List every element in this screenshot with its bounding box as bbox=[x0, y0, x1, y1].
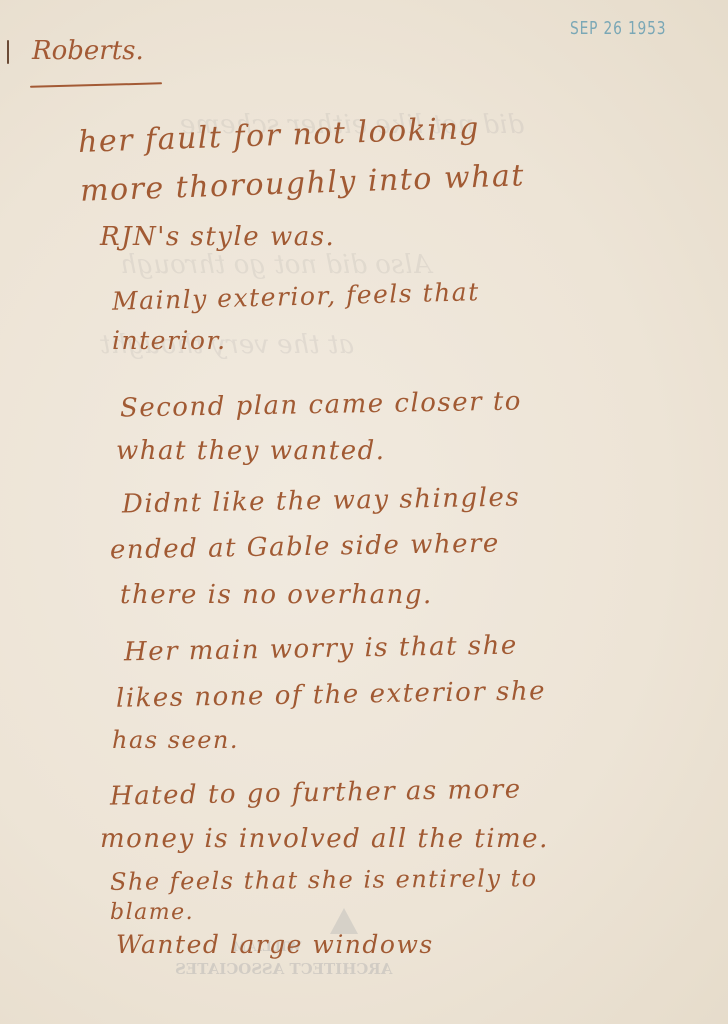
note-line: has seen. bbox=[112, 726, 239, 754]
date-stamp: SEP 26 1953 bbox=[570, 18, 666, 39]
note-line: money is involved all the time. bbox=[100, 824, 549, 854]
show-through-text: Also did not go through bbox=[120, 250, 431, 280]
note-line: Hated to go further as more bbox=[110, 774, 522, 811]
note-line: Didnt like the way shingles bbox=[122, 483, 521, 520]
note-heading: Roberts. bbox=[32, 36, 144, 66]
note-line: Second plan came closer to bbox=[120, 386, 522, 423]
note-line: ended at Gable side where bbox=[110, 529, 500, 566]
note-line: Her main worry is that she bbox=[124, 631, 518, 668]
margin-mark bbox=[7, 40, 9, 64]
note-line: Wanted large windows bbox=[116, 930, 434, 959]
note-line: what they wanted. bbox=[116, 436, 386, 466]
note-line: there is no overhang. bbox=[120, 580, 433, 610]
note-line: RJN's style was. bbox=[100, 222, 335, 252]
letterhead-bleed-text: ARCHITECT ASSOCIATES bbox=[175, 960, 392, 978]
note-line: likes none of the exterior she bbox=[116, 676, 546, 714]
note-line: more thoroughly into what bbox=[80, 158, 526, 209]
note-line: Mainly exterior, feels that bbox=[112, 277, 480, 316]
heading-underline bbox=[30, 82, 162, 87]
note-line: her fault for not looking bbox=[78, 111, 481, 160]
handwritten-note-page: did not like either scheme Also did not … bbox=[0, 0, 728, 1024]
note-line: interior. bbox=[112, 326, 227, 355]
note-line: She feels that she is entirely to bbox=[110, 864, 538, 896]
note-line: blame. bbox=[110, 900, 194, 925]
